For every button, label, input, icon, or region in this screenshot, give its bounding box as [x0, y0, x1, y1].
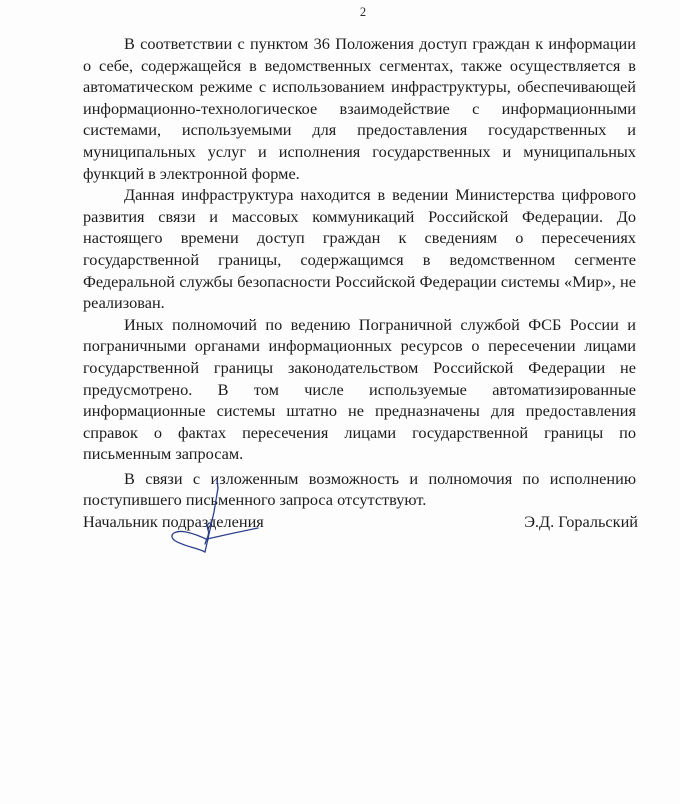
- signatory-name: Э.Д. Горальский: [524, 511, 638, 532]
- page-number: 2: [357, 5, 369, 20]
- handwritten-signature-icon: [160, 474, 270, 564]
- paragraph-infrastructure: Данная инфраструктура находится в ведени…: [83, 184, 636, 314]
- document-page: 2 В соответствии с пунктом 36 Положения …: [0, 0, 680, 804]
- paragraph-access-info: В соответствии с пунктом 36 Положения до…: [83, 33, 636, 184]
- letter-body: В соответствии с пунктом 36 Положения до…: [83, 33, 636, 511]
- paragraph-no-authority: Иных полномочий по ведению Пограничной с…: [83, 314, 636, 465]
